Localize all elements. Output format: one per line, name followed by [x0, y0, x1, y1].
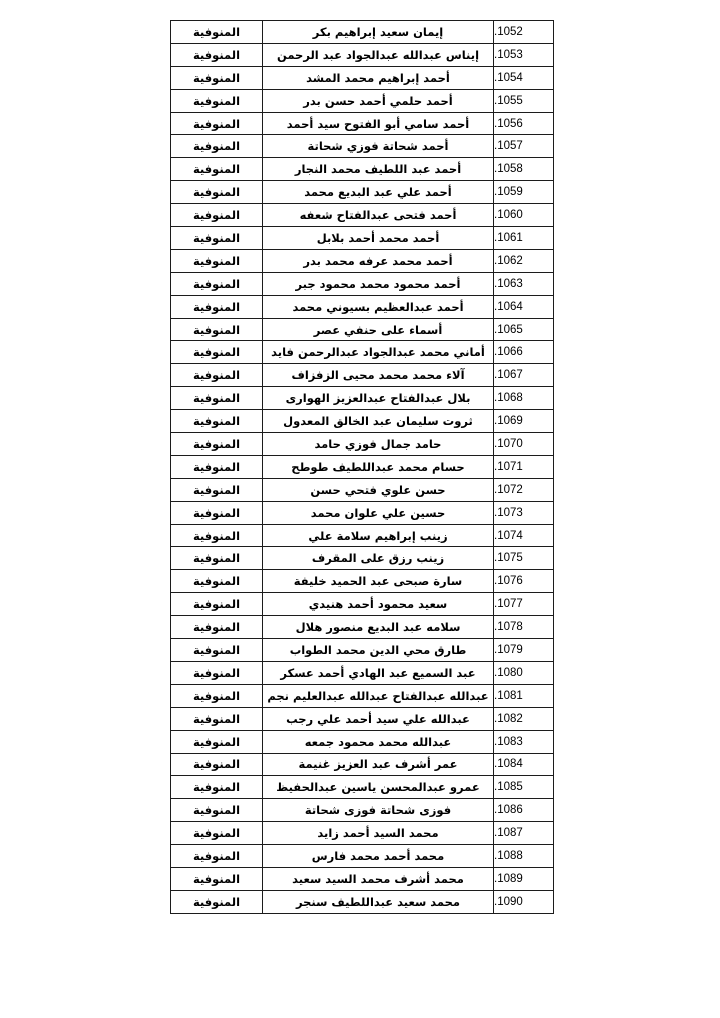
- cell-serial-number: 1061.: [494, 227, 554, 250]
- cell-governorate: المنوفية: [171, 593, 263, 616]
- cell-serial-number: 1055.: [494, 89, 554, 112]
- cell-governorate: المنوفية: [171, 570, 263, 593]
- cell-governorate: المنوفية: [171, 776, 263, 799]
- cell-serial-number: 1077.: [494, 593, 554, 616]
- table-row: 1071.حسام محمد عبداللطيف طوطحالمنوفية: [171, 455, 554, 478]
- cell-serial-number: 1068.: [494, 387, 554, 410]
- cell-serial-number: 1069.: [494, 410, 554, 433]
- cell-governorate: المنوفية: [171, 204, 263, 227]
- cell-governorate: المنوفية: [171, 410, 263, 433]
- cell-full-name: عبدالله محمد محمود جمعه: [263, 730, 494, 753]
- cell-governorate: المنوفية: [171, 43, 263, 66]
- table-row: 1070.حامد جمال فوزي حامدالمنوفية: [171, 433, 554, 456]
- table-row: 1065.أسماء على حنفي عصرالمنوفية: [171, 318, 554, 341]
- cell-full-name: أحمد محمد عرفه محمد بدر: [263, 249, 494, 272]
- cell-full-name: أحمد سامي أبو الفتوح سيد أحمد: [263, 112, 494, 135]
- table-row: 1053.إيناس عبدالله عبدالجواد عبد الرحمنا…: [171, 43, 554, 66]
- cell-full-name: سعيد محمود أحمد هنيدي: [263, 593, 494, 616]
- table-row: 1072.حسن علوي فتحي حسنالمنوفية: [171, 478, 554, 501]
- cell-governorate: المنوفية: [171, 799, 263, 822]
- cell-serial-number: 1072.: [494, 478, 554, 501]
- cell-serial-number: 1071.: [494, 455, 554, 478]
- cell-governorate: المنوفية: [171, 181, 263, 204]
- table-row: 1083.عبدالله محمد محمود جمعهالمنوفية: [171, 730, 554, 753]
- table-row: 1062.أحمد محمد عرفه محمد بدرالمنوفية: [171, 249, 554, 272]
- cell-governorate: المنوفية: [171, 272, 263, 295]
- cell-governorate: المنوفية: [171, 730, 263, 753]
- table-row: 1054.أحمد إبراهيم محمد المشدالمنوفية: [171, 66, 554, 89]
- cell-full-name: ثروت سليمان عبد الخالق المعدول: [263, 410, 494, 433]
- cell-serial-number: 1057.: [494, 135, 554, 158]
- cell-serial-number: 1085.: [494, 776, 554, 799]
- names-table-container: 1052.إيمان سعيد إبراهيم بكرالمنوفية1053.…: [170, 20, 551, 914]
- cell-serial-number: 1086.: [494, 799, 554, 822]
- cell-serial-number: 1074.: [494, 524, 554, 547]
- table-body: 1052.إيمان سعيد إبراهيم بكرالمنوفية1053.…: [171, 21, 554, 914]
- cell-governorate: المنوفية: [171, 341, 263, 364]
- cell-serial-number: 1080.: [494, 661, 554, 684]
- cell-full-name: أحمد محمود محمد محمود جبر: [263, 272, 494, 295]
- cell-full-name: عبد السميع عبد الهادي أحمد عسكر: [263, 661, 494, 684]
- cell-governorate: المنوفية: [171, 112, 263, 135]
- cell-full-name: أحمد عبد اللطيف محمد النجار: [263, 158, 494, 181]
- table-row: 1056.أحمد سامي أبو الفتوح سيد أحمدالمنوف…: [171, 112, 554, 135]
- cell-full-name: أحمد فتحى عبدالفتاح شعفه: [263, 204, 494, 227]
- cell-full-name: سارة صبحى عبد الحميد خليفة: [263, 570, 494, 593]
- table-row: 1078.سلامه عبد البديع منصور هلالالمنوفية: [171, 616, 554, 639]
- cell-full-name: فوزى شحاتة فوزى شحاتة: [263, 799, 494, 822]
- cell-governorate: المنوفية: [171, 707, 263, 730]
- cell-full-name: أحمد شحاتة فوزي شحاتة: [263, 135, 494, 158]
- table-row: 1064.أحمد عبدالعظيم بسيوني محمدالمنوفية: [171, 295, 554, 318]
- cell-full-name: بلال عبدالفتاح عبدالعزيز الهوارى: [263, 387, 494, 410]
- cell-serial-number: 1079.: [494, 639, 554, 662]
- cell-full-name: حسن علوي فتحي حسن: [263, 478, 494, 501]
- cell-serial-number: 1053.: [494, 43, 554, 66]
- cell-governorate: المنوفية: [171, 524, 263, 547]
- cell-serial-number: 1052.: [494, 21, 554, 44]
- table-row: 1073.حسين علي علوان محمدالمنوفية: [171, 501, 554, 524]
- cell-governorate: المنوفية: [171, 753, 263, 776]
- table-row: 1068.بلال عبدالفتاح عبدالعزيز الهوارىالم…: [171, 387, 554, 410]
- cell-governorate: المنوفية: [171, 135, 263, 158]
- table-row: 1067.آلاء محمد محمد محيى الزفزافالمنوفية: [171, 364, 554, 387]
- table-row: 1058.أحمد عبد اللطيف محمد النجارالمنوفية: [171, 158, 554, 181]
- table-row: 1069.ثروت سليمان عبد الخالق المعدولالمنو…: [171, 410, 554, 433]
- table-row: 1080.عبد السميع عبد الهادي أحمد عسكرالمن…: [171, 661, 554, 684]
- cell-serial-number: 1088.: [494, 845, 554, 868]
- cell-full-name: عمر أشرف عبد العزيز غنيمة: [263, 753, 494, 776]
- cell-governorate: المنوفية: [171, 661, 263, 684]
- cell-governorate: المنوفية: [171, 639, 263, 662]
- cell-serial-number: 1083.: [494, 730, 554, 753]
- cell-serial-number: 1064.: [494, 295, 554, 318]
- cell-serial-number: 1090.: [494, 890, 554, 913]
- cell-full-name: طارق محي الدين محمد الطواب: [263, 639, 494, 662]
- table-row: 1081.عبدالله عبدالفتاح عبدالله عبدالعليم…: [171, 684, 554, 707]
- cell-full-name: عمرو عبدالمحسن ياسين عبدالحفيظ: [263, 776, 494, 799]
- cell-full-name: إيناس عبدالله عبدالجواد عبد الرحمن: [263, 43, 494, 66]
- cell-governorate: المنوفية: [171, 158, 263, 181]
- cell-full-name: آلاء محمد محمد محيى الزفزاف: [263, 364, 494, 387]
- cell-governorate: المنوفية: [171, 387, 263, 410]
- cell-full-name: أماني محمد عبدالجواد عبدالرحمن فايد: [263, 341, 494, 364]
- cell-serial-number: 1075.: [494, 547, 554, 570]
- cell-serial-number: 1070.: [494, 433, 554, 456]
- cell-governorate: المنوفية: [171, 249, 263, 272]
- cell-serial-number: 1087.: [494, 822, 554, 845]
- cell-serial-number: 1054.: [494, 66, 554, 89]
- cell-serial-number: 1084.: [494, 753, 554, 776]
- cell-full-name: حسام محمد عبداللطيف طوطح: [263, 455, 494, 478]
- cell-full-name: سلامه عبد البديع منصور هلال: [263, 616, 494, 639]
- cell-full-name: أحمد محمد أحمد بلابل: [263, 227, 494, 250]
- table-row: 1087.محمد السيد أحمد زايدالمنوفية: [171, 822, 554, 845]
- cell-full-name: عبدالله علي سيد أحمد علي رجب: [263, 707, 494, 730]
- cell-serial-number: 1066.: [494, 341, 554, 364]
- cell-governorate: المنوفية: [171, 478, 263, 501]
- table-row: 1088.محمد أحمد محمد فارسالمنوفية: [171, 845, 554, 868]
- names-table: 1052.إيمان سعيد إبراهيم بكرالمنوفية1053.…: [170, 20, 554, 914]
- cell-serial-number: 1059.: [494, 181, 554, 204]
- cell-full-name: حسين علي علوان محمد: [263, 501, 494, 524]
- cell-serial-number: 1067.: [494, 364, 554, 387]
- table-row: 1057.أحمد شحاتة فوزي شحاتةالمنوفية: [171, 135, 554, 158]
- cell-governorate: المنوفية: [171, 364, 263, 387]
- document-page: 1052.إيمان سعيد إبراهيم بكرالمنوفية1053.…: [0, 0, 720, 1018]
- cell-governorate: المنوفية: [171, 890, 263, 913]
- table-row: 1089.محمد أشرف محمد السيد سعيدالمنوفية: [171, 867, 554, 890]
- table-row: 1063.أحمد محمود محمد محمود جبرالمنوفية: [171, 272, 554, 295]
- cell-full-name: محمد سعيد عبداللطيف سنجر: [263, 890, 494, 913]
- cell-governorate: المنوفية: [171, 684, 263, 707]
- table-row: 1066.أماني محمد عبدالجواد عبدالرحمن فايد…: [171, 341, 554, 364]
- cell-serial-number: 1082.: [494, 707, 554, 730]
- cell-serial-number: 1065.: [494, 318, 554, 341]
- table-row: 1090.محمد سعيد عبداللطيف سنجرالمنوفية: [171, 890, 554, 913]
- cell-serial-number: 1063.: [494, 272, 554, 295]
- cell-governorate: المنوفية: [171, 822, 263, 845]
- cell-full-name: أحمد حلمي أحمد حسن بدر: [263, 89, 494, 112]
- cell-governorate: المنوفية: [171, 867, 263, 890]
- table-row: 1075.زينب رزق على المقرفالمنوفية: [171, 547, 554, 570]
- table-row: 1086.فوزى شحاتة فوزى شحاتةالمنوفية: [171, 799, 554, 822]
- table-row: 1061.أحمد محمد أحمد بلابلالمنوفية: [171, 227, 554, 250]
- cell-serial-number: 1078.: [494, 616, 554, 639]
- cell-full-name: محمد أشرف محمد السيد سعيد: [263, 867, 494, 890]
- cell-governorate: المنوفية: [171, 318, 263, 341]
- cell-serial-number: 1089.: [494, 867, 554, 890]
- cell-full-name: حامد جمال فوزي حامد: [263, 433, 494, 456]
- table-row: 1074.زينب إبراهيم سلامة عليالمنوفية: [171, 524, 554, 547]
- cell-governorate: المنوفية: [171, 455, 263, 478]
- cell-governorate: المنوفية: [171, 547, 263, 570]
- table-row: 1077.سعيد محمود أحمد هنيديالمنوفية: [171, 593, 554, 616]
- cell-full-name: إيمان سعيد إبراهيم بكر: [263, 21, 494, 44]
- table-row: 1085.عمرو عبدالمحسن ياسين عبدالحفيظالمنو…: [171, 776, 554, 799]
- cell-governorate: المنوفية: [171, 501, 263, 524]
- table-row: 1052.إيمان سعيد إبراهيم بكرالمنوفية: [171, 21, 554, 44]
- cell-full-name: محمد السيد أحمد زايد: [263, 822, 494, 845]
- cell-full-name: محمد أحمد محمد فارس: [263, 845, 494, 868]
- table-row: 1079.طارق محي الدين محمد الطوابالمنوفية: [171, 639, 554, 662]
- cell-full-name: أحمد إبراهيم محمد المشد: [263, 66, 494, 89]
- cell-governorate: المنوفية: [171, 227, 263, 250]
- cell-serial-number: 1062.: [494, 249, 554, 272]
- cell-governorate: المنوفية: [171, 66, 263, 89]
- table-row: 1055.أحمد حلمي أحمد حسن بدرالمنوفية: [171, 89, 554, 112]
- table-row: 1084.عمر أشرف عبد العزيز غنيمةالمنوفية: [171, 753, 554, 776]
- table-row: 1076.سارة صبحى عبد الحميد خليفةالمنوفية: [171, 570, 554, 593]
- cell-full-name: عبدالله عبدالفتاح عبدالله عبدالعليم نجم: [263, 684, 494, 707]
- cell-governorate: المنوفية: [171, 295, 263, 318]
- table-row: 1060.أحمد فتحى عبدالفتاح شعفهالمنوفية: [171, 204, 554, 227]
- cell-full-name: زينب رزق على المقرف: [263, 547, 494, 570]
- cell-serial-number: 1076.: [494, 570, 554, 593]
- cell-serial-number: 1081.: [494, 684, 554, 707]
- cell-full-name: زينب إبراهيم سلامة علي: [263, 524, 494, 547]
- cell-full-name: أسماء على حنفي عصر: [263, 318, 494, 341]
- cell-governorate: المنوفية: [171, 89, 263, 112]
- cell-serial-number: 1073.: [494, 501, 554, 524]
- cell-governorate: المنوفية: [171, 21, 263, 44]
- cell-full-name: أحمد علي عبد البديع محمد: [263, 181, 494, 204]
- cell-governorate: المنوفية: [171, 616, 263, 639]
- cell-serial-number: 1058.: [494, 158, 554, 181]
- cell-full-name: أحمد عبدالعظيم بسيوني محمد: [263, 295, 494, 318]
- cell-serial-number: 1056.: [494, 112, 554, 135]
- cell-serial-number: 1060.: [494, 204, 554, 227]
- table-row: 1059.أحمد علي عبد البديع محمدالمنوفية: [171, 181, 554, 204]
- cell-governorate: المنوفية: [171, 433, 263, 456]
- cell-governorate: المنوفية: [171, 845, 263, 868]
- table-row: 1082.عبدالله علي سيد أحمد علي رجبالمنوفي…: [171, 707, 554, 730]
